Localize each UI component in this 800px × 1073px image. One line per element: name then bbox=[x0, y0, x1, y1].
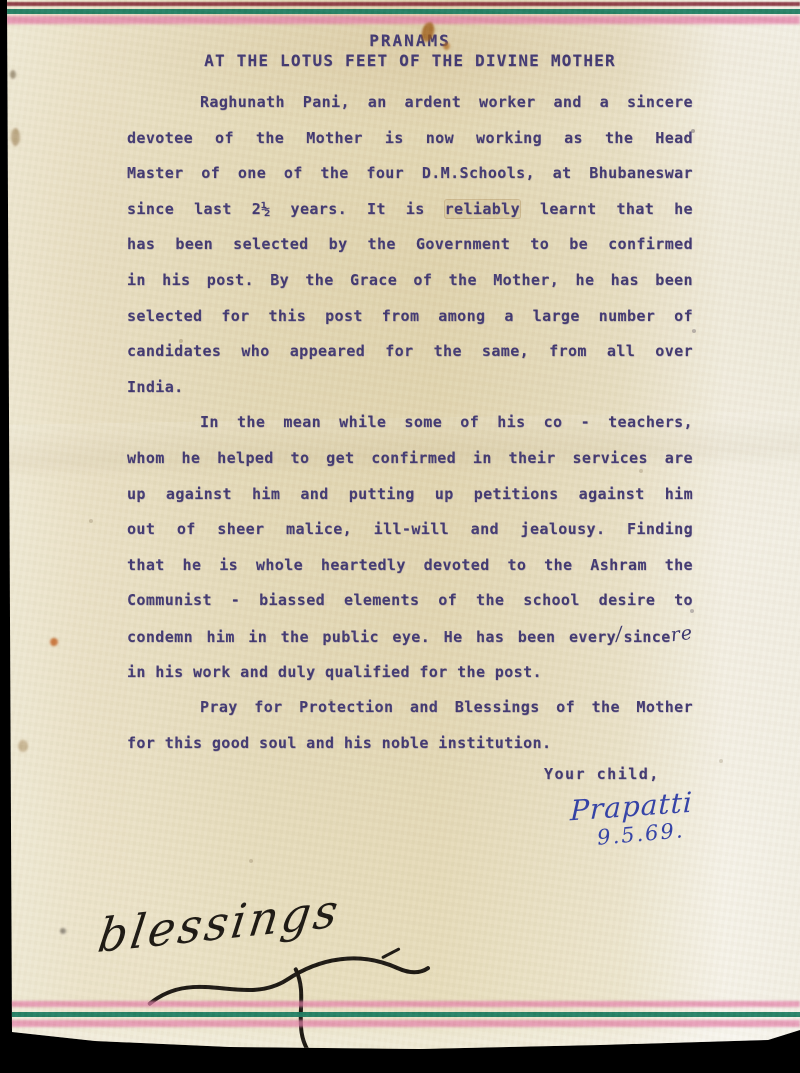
text-line: that he is whole heartedly devoted to th… bbox=[127, 548, 693, 584]
text-line: In the mean while some of his co - teach… bbox=[127, 405, 693, 441]
typed-text: every bbox=[569, 628, 616, 646]
letter-body: Raghunath Pani, an ardent worker and a s… bbox=[127, 85, 693, 761]
page-title: PRANAMS bbox=[127, 31, 693, 50]
typed-text: Master of one of the four D.M.Schools, a… bbox=[127, 164, 693, 182]
text-line: in his post. By the Grace of the Mother,… bbox=[127, 263, 693, 299]
text-line: has been selected by the Government to b… bbox=[127, 227, 693, 263]
typed-text: Communist - biassed elements of the scho… bbox=[127, 591, 693, 609]
corrected-word: reliably bbox=[445, 200, 520, 218]
typed-text: In the mean while some of his co - teach… bbox=[200, 413, 693, 431]
paper-specks bbox=[0, 0, 2, 2]
typed-text: in his work and duly qualified for the p… bbox=[127, 663, 542, 681]
text-line: selected for this post from among a larg… bbox=[127, 299, 693, 335]
typed-text: since last 2½ years. It is bbox=[127, 200, 445, 218]
typed-text: selected for this post from among a larg… bbox=[127, 307, 693, 325]
letter-page: PRANAMS AT THE LOTUS FEET OF THE DIVINE … bbox=[0, 0, 800, 1073]
border-line-pink-top bbox=[0, 16, 800, 24]
typed-text: in his post. By the Grace of the Mother,… bbox=[127, 271, 693, 289]
text-line: up against him and putting up petitions … bbox=[127, 477, 693, 513]
typed-text: Pray for Protection and Blessings of the… bbox=[200, 698, 693, 716]
text-line: condemn him in the public eye. He has be… bbox=[127, 619, 693, 655]
typed-text: for this good soul and his noble institu… bbox=[127, 734, 551, 752]
page-subtitle: AT THE LOTUS FEET OF THE DIVINE MOTHER bbox=[127, 51, 693, 70]
stain-mark bbox=[18, 740, 28, 752]
letter-paragraph: Raghunath Pani, an ardent worker and a s… bbox=[127, 85, 693, 405]
closing-salutation: Your child, bbox=[544, 765, 660, 783]
typed-text: candidates who appeared for the same, fr… bbox=[127, 342, 693, 360]
stain-mark bbox=[10, 70, 16, 79]
typed-text: Raghunath Pani, an ardent worker and a s… bbox=[200, 93, 693, 111]
text-line: in his work and duly qualified for the p… bbox=[127, 655, 693, 691]
text-line: Master of one of the four D.M.Schools, a… bbox=[127, 156, 693, 192]
text-line: Communist - biassed elements of the scho… bbox=[127, 583, 693, 619]
text-line: India. bbox=[127, 370, 693, 406]
typed-text: learnt that he bbox=[520, 200, 693, 218]
text-line: Raghunath Pani, an ardent worker and a s… bbox=[127, 85, 693, 121]
text-line: since last 2½ years. It is reliably lear… bbox=[127, 192, 693, 228]
stain-mark bbox=[11, 128, 20, 146]
text-line: candidates who appeared for the same, fr… bbox=[127, 334, 693, 370]
stain-mark bbox=[60, 928, 66, 934]
handwritten-correction: re bbox=[668, 616, 694, 654]
text-line: devotee of the Mother is now working as … bbox=[127, 121, 693, 157]
typed-text: whom he helped to get confirmed in their… bbox=[127, 449, 693, 467]
border-line-green-top bbox=[0, 9, 800, 14]
typed-text: has been selected by the Government to b… bbox=[127, 235, 693, 253]
typed-text: condemn him in the public eye. He has be… bbox=[127, 628, 569, 646]
stain-mark bbox=[50, 638, 58, 646]
letter-paragraph: Pray for Protection and Blessings of the… bbox=[127, 690, 693, 761]
typed-text: that he is whole heartedly devoted to th… bbox=[127, 556, 693, 574]
typed-text: devotee of the Mother is now working as … bbox=[127, 129, 693, 147]
typed-text: India. bbox=[127, 378, 184, 396]
text-line: out of sheer malice, ill-will and jealou… bbox=[127, 512, 693, 548]
border-line-maroon-top bbox=[0, 2, 800, 6]
letter-paragraph: In the mean while some of his co - teach… bbox=[127, 405, 693, 690]
text-line: whom he helped to get confirmed in their… bbox=[127, 441, 693, 477]
typed-text: since bbox=[624, 628, 671, 646]
text-line: for this good soul and his noble institu… bbox=[127, 726, 693, 762]
typed-text: out of sheer malice, ill-will and jealou… bbox=[127, 520, 693, 538]
text-line: Pray for Protection and Blessings of the… bbox=[127, 690, 693, 726]
scanned-letter: PRANAMS AT THE LOTUS FEET OF THE DIVINE … bbox=[0, 0, 800, 1073]
blessing-flourish bbox=[134, 932, 442, 1073]
typed-text: up against him and putting up petitions … bbox=[127, 485, 693, 503]
